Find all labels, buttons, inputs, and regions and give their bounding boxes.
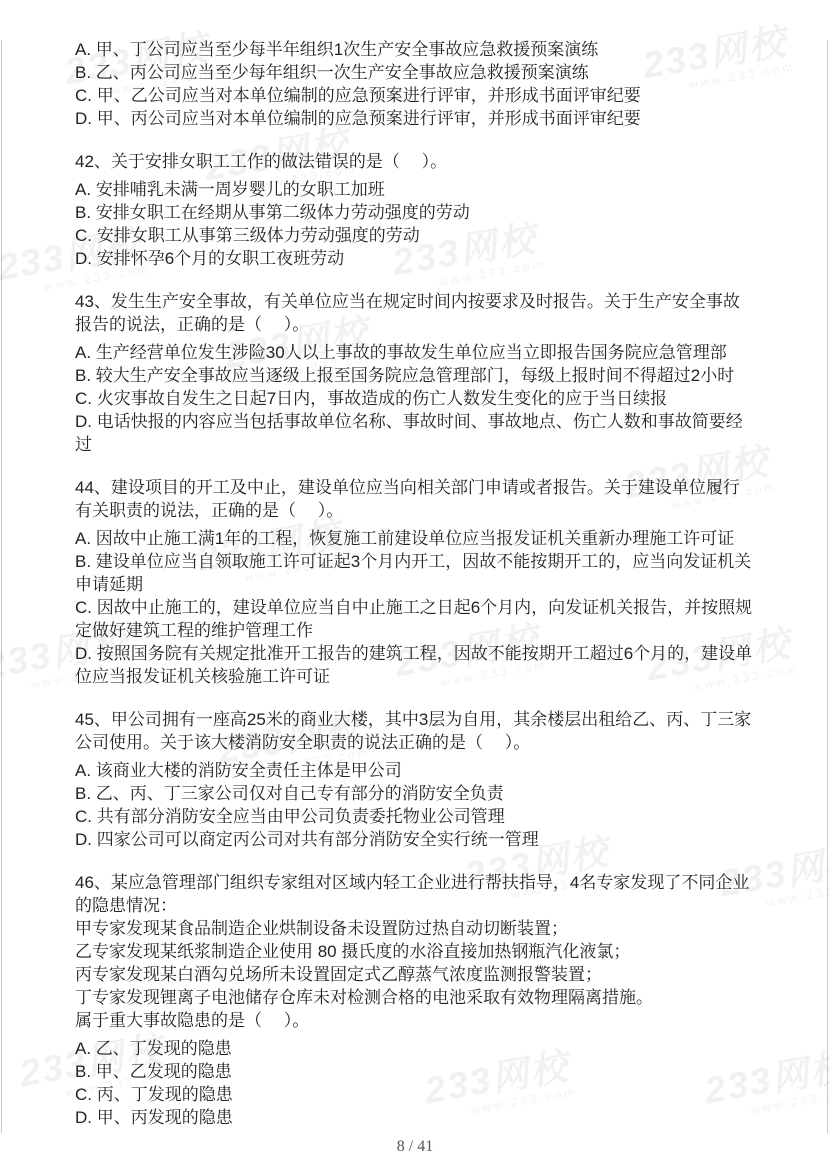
- question-title: 44、建设项目的开工及中止，建设单位应当向相关部门申请或者报告。关于建设单位履行…: [75, 476, 755, 522]
- option-line: D. 四家公司可以商定丙公司对共有部分消防安全实行统一管理: [75, 828, 755, 851]
- option-line: A. 该商业大楼的消防安全责任主体是甲公司: [75, 759, 755, 782]
- option-line: D. 电话快报的内容应当包括事故单位名称、事故时间、事故地点、伤亡人数和事故简要…: [75, 410, 755, 456]
- option-line: A. 乙、丁发现的隐患: [75, 1037, 755, 1060]
- option-line: B. 建设单位应当自领取施工许可证起3个月内开工，因故不能按期开工的，应当向发证…: [75, 550, 755, 596]
- question-block-45: 45、甲公司拥有一座高25米的商业大楼，其中3层为自用，其余楼层出租给乙、丙、丁…: [75, 708, 755, 851]
- option-line: C. 甲、乙公司应当对本单位编制的应急预案进行评审，并形成书面评审纪要: [75, 84, 755, 107]
- question-title: 43、发生生产安全事故，有关单位应当在规定时间内按要求及时报告。关于生产安全事故…: [75, 290, 755, 336]
- option-line: B. 乙、丙、丁三家公司仅对自己专有部分的消防安全负责: [75, 782, 755, 805]
- option-line: D. 甲、丙发现的隐患: [75, 1106, 755, 1129]
- scenario-line: 丁专家发现锂离子电池储存仓库未对检测合格的电池采取有效物理隔离措施。: [75, 986, 755, 1009]
- option-line: B. 乙、丙公司应当至少每年组织一次生产安全事故应急救援预案演练: [75, 61, 755, 84]
- document-content: A. 甲、丁公司应当至少每半年组织1次生产安全事故应急救援预案演练 B. 乙、丙…: [0, 0, 830, 1129]
- option-line: D. 甲、丙公司应当对本单位编制的应急预案进行评审，并形成书面评审纪要: [75, 107, 755, 130]
- option-line: C. 丙、丁发现的隐患: [75, 1083, 755, 1106]
- option-line: D. 安排怀孕6个月的女职工夜班劳动: [75, 247, 755, 270]
- question-closing-line: 属于重大事故隐患的是（ ）。: [75, 1009, 755, 1032]
- options-list: A. 因故中止施工满1年的工程，恢复施工前建设单位应当报发证机关重新办理施工许可…: [75, 527, 755, 688]
- option-line: C. 安排女职工从事第三级体力劳动强度的劳动: [75, 224, 755, 247]
- question-block-46: 46、某应急管理部门组织专家组对区域内轻工企业进行帮扶指导，4名专家发现了不同企…: [75, 871, 755, 1129]
- options-list: A. 生产经营单位发生涉险30人以上事故的事故发生单位应当立即报告国务院应急管理…: [75, 341, 755, 456]
- question-block-42: 42、关于安排女职工工作的做法错误的是（ ）。 A. 安排哺乳未满一周岁婴儿的女…: [75, 150, 755, 270]
- question-title: 46、某应急管理部门组织专家组对区域内轻工企业进行帮扶指导，4名专家发现了不同企…: [75, 871, 755, 917]
- option-line: C. 共有部分消防安全应当由甲公司负责委托物业公司管理: [75, 805, 755, 828]
- options-list: A. 乙、丁发现的隐患 B. 甲、乙发现的隐患 C. 丙、丁发现的隐患 D. 甲…: [75, 1037, 755, 1129]
- option-line: C. 因故中止施工的，建设单位应当自中止施工之日起6个月内，向发证机关报告，并按…: [75, 596, 755, 642]
- exam-document-page: 233网校www.233.com 233网校www.233.com 233网校w…: [0, 0, 830, 1175]
- option-line: A. 生产经营单位发生涉险30人以上事故的事故发生单位应当立即报告国务院应急管理…: [75, 341, 755, 364]
- option-line: D. 按照国务院有关规定批准开工报告的建筑工程，因故不能按期开工超过6个月的，建…: [75, 642, 755, 688]
- question-title: 45、甲公司拥有一座高25米的商业大楼，其中3层为自用，其余楼层出租给乙、丙、丁…: [75, 708, 755, 754]
- question-block-44: 44、建设项目的开工及中止，建设单位应当向相关部门申请或者报告。关于建设单位履行…: [75, 476, 755, 688]
- scenario-line: 丙专家发现某白酒勾兑场所未设置固定式乙醇蒸气浓度监测报警装置；: [75, 963, 755, 986]
- question-block-43: 43、发生生产安全事故，有关单位应当在规定时间内按要求及时报告。关于生产安全事故…: [75, 290, 755, 456]
- options-list: A. 安排哺乳未满一周岁婴儿的女职工加班 B. 安排女职工在经期从事第二级体力劳…: [75, 178, 755, 270]
- option-line: A. 安排哺乳未满一周岁婴儿的女职工加班: [75, 178, 755, 201]
- page-number: 8 / 41: [0, 1138, 830, 1156]
- leading-options-block: A. 甲、丁公司应当至少每半年组织1次生产安全事故应急救援预案演练 B. 乙、丙…: [75, 38, 755, 130]
- option-line: B. 甲、乙发现的隐患: [75, 1060, 755, 1083]
- options-list: A. 该商业大楼的消防安全责任主体是甲公司 B. 乙、丙、丁三家公司仅对自己专有…: [75, 759, 755, 851]
- option-line: B. 较大生产安全事故应当逐级上报至国务院应急管理部门，每级上报时间不得超过2小…: [75, 364, 755, 387]
- option-line: C. 火灾事故自发生之日起7日内，事故造成的伤亡人数发生变化的应于当日续报: [75, 387, 755, 410]
- scenario-line: 甲专家发现某食品制造企业烘制设备未设置防过热自动切断装置；: [75, 917, 755, 940]
- question-title: 42、关于安排女职工工作的做法错误的是（ ）。: [75, 150, 755, 173]
- option-line: B. 安排女职工在经期从事第二级体力劳动强度的劳动: [75, 201, 755, 224]
- option-line: A. 甲、丁公司应当至少每半年组织1次生产安全事故应急救援预案演练: [75, 38, 755, 61]
- option-line: A. 因故中止施工满1年的工程，恢复施工前建设单位应当报发证机关重新办理施工许可…: [75, 527, 755, 550]
- options-list: A. 甲、丁公司应当至少每半年组织1次生产安全事故应急救援预案演练 B. 乙、丙…: [75, 38, 755, 130]
- scenario-line: 乙专家发现某纸浆制造企业使用 80 摄氏度的水浴直接加热钢瓶汽化液氯；: [75, 940, 755, 963]
